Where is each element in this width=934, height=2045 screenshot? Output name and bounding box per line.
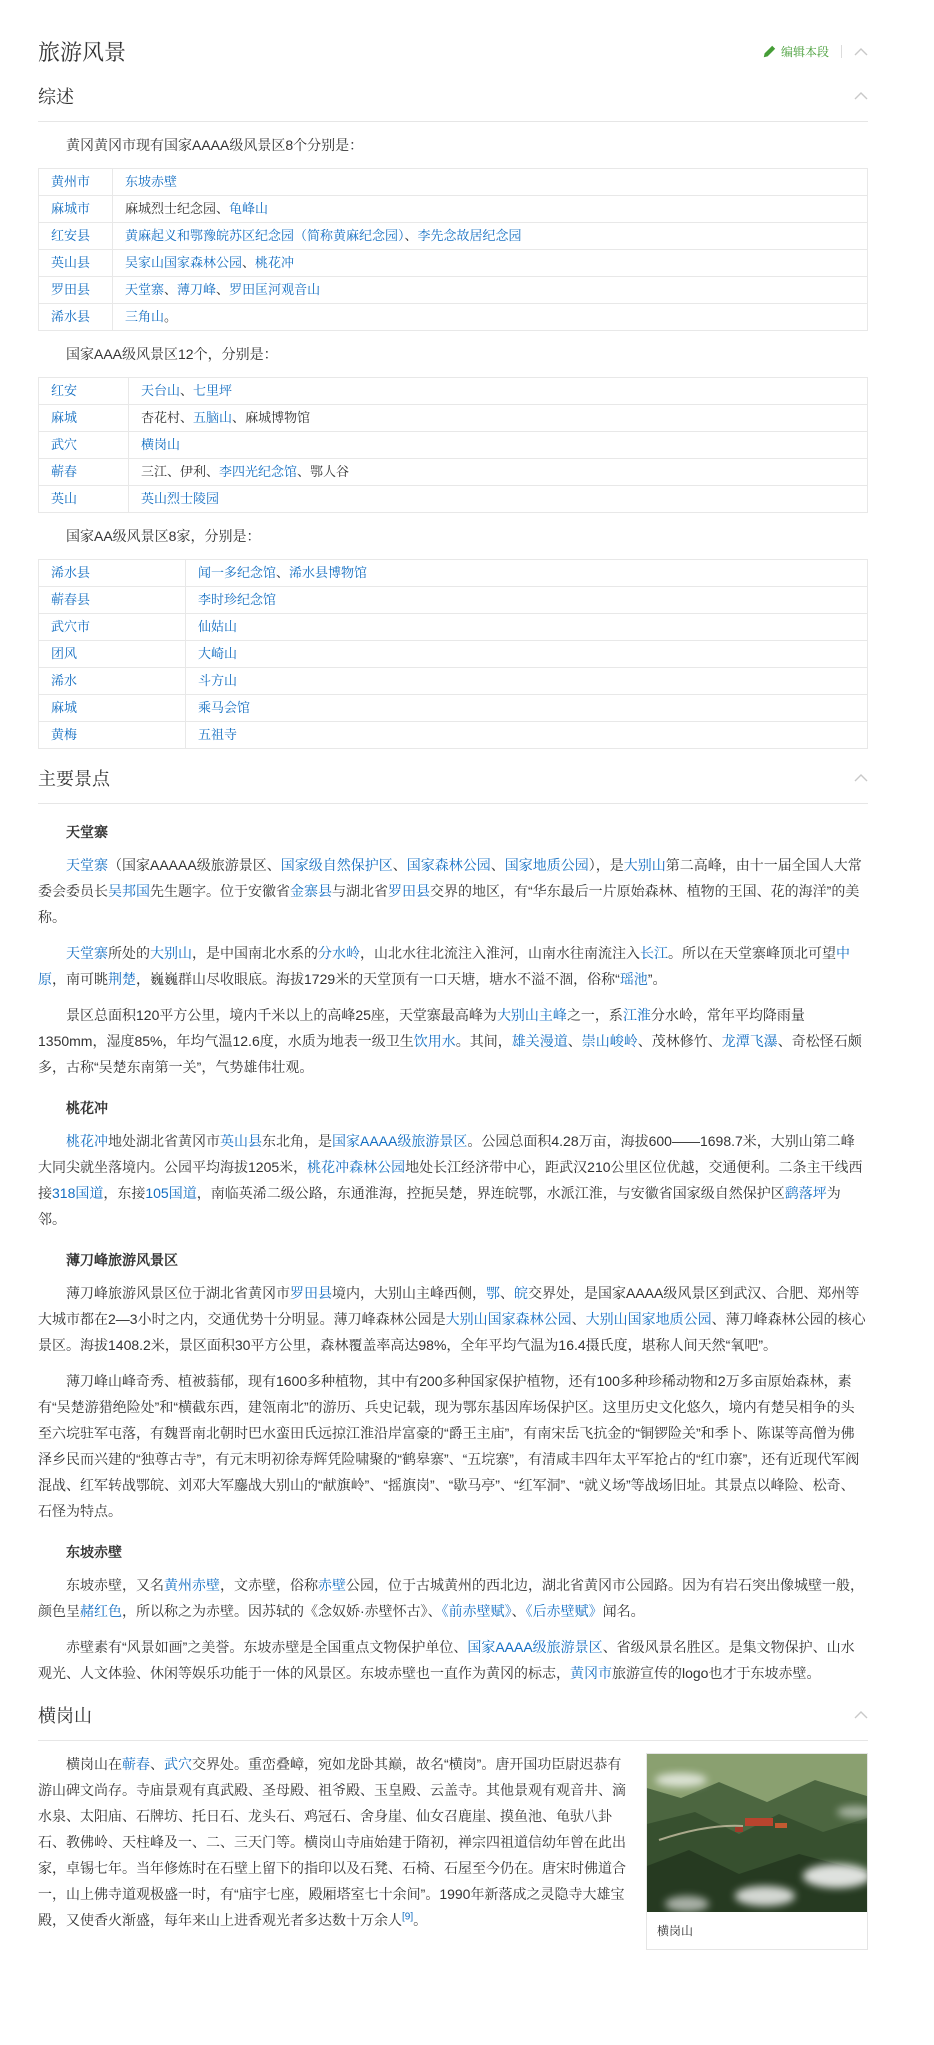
inline-link[interactable]: 英山	[51, 491, 77, 506]
inline-link[interactable]: 李时珍纪念馆	[198, 592, 276, 607]
text-run: 、鄂人谷	[297, 464, 349, 479]
collapse-icon[interactable]	[854, 1711, 868, 1719]
table-row: 黄州市东坡赤壁	[39, 169, 868, 196]
edit-section-button[interactable]: 编辑本段	[763, 43, 829, 60]
text-run: 先生题字。位于安徽省	[150, 883, 290, 899]
text-run: ，山北水往北流注入淮河，山南水往南流注入	[360, 945, 640, 961]
hengangshan-photo[interactable]	[647, 1754, 867, 1912]
inline-link[interactable]: 瑶池	[620, 971, 648, 987]
region-cell: 团风	[39, 641, 186, 668]
inline-link[interactable]: 斗方山	[198, 673, 237, 688]
inline-link[interactable]: [9]	[402, 1911, 413, 1922]
inline-link[interactable]: 赭红色	[80, 1603, 122, 1619]
table-row: 麻城市麻城烈士纪念园、龟峰山	[39, 196, 868, 223]
inline-link[interactable]: 五祖寺	[198, 727, 237, 742]
text-run: 、	[164, 282, 177, 297]
inline-link[interactable]: 英山烈士陵园	[141, 491, 219, 506]
reference-sup: [9]	[402, 1911, 413, 1922]
subsection-heading: 桃花冲	[38, 1098, 868, 1118]
inline-link[interactable]: 仙姑山	[198, 619, 237, 634]
inline-link[interactable]: 国家AAAA级旅游景区	[332, 1133, 467, 1149]
text-run: ，东接	[103, 1185, 145, 1201]
inline-link[interactable]: 红安	[51, 383, 77, 398]
aaaa-scenic-table: 黄州市东坡赤壁麻城市麻城烈士纪念园、龟峰山红安县黄麻起义和鄂豫皖苏区纪念园（简称…	[38, 168, 868, 331]
spots-cell: 仙姑山	[186, 614, 868, 641]
overview-title: 综述	[38, 83, 74, 109]
region-cell: 武穴	[39, 432, 129, 459]
text-run: 、	[276, 565, 289, 580]
text-run: 、	[180, 410, 193, 425]
paragraph: 景区总面积120平方公里，境内千米以上的高峰25座，天堂寨最高峰为大别山主峰之一…	[38, 1002, 868, 1080]
text-run: 麻城博物馆	[245, 410, 310, 425]
text-run: 横岗山在	[66, 1756, 122, 1772]
text-run: ），是	[589, 857, 624, 873]
spots-cell: 麻城烈士纪念园、龟峰山	[113, 196, 868, 223]
text-run: 闻名。	[603, 1603, 645, 1619]
text-run: 麻城烈士纪念园	[125, 201, 216, 216]
text-run: 赤壁素有“风景如画”之美誉。东坡赤壁是全国重点文物保护单位、	[66, 1639, 467, 1655]
inline-link[interactable]: 浠水县	[51, 309, 90, 324]
table-row: 红安天台山、七里坪	[39, 378, 868, 405]
table-row: 英山县吴家山国家森林公园、桃花冲	[39, 250, 868, 277]
text-run: 地处湖北省黄冈市	[108, 1133, 220, 1149]
inline-link[interactable]: 崇山峻岭	[582, 1033, 638, 1049]
inline-link[interactable]: 鄂	[486, 1285, 500, 1301]
inline-link[interactable]: 江淮	[623, 1007, 651, 1023]
inline-link[interactable]: 罗田县	[51, 282, 90, 297]
inline-link[interactable]: 大别山国家森林公园	[446, 1311, 572, 1327]
article-content: 旅游风景 编辑本段 综述 黄冈黄冈市现有国家AAAA级风景区	[38, 0, 868, 1958]
spots-cell: 天台山、七里坪	[129, 378, 868, 405]
inline-link[interactable]: 大别山	[624, 857, 666, 873]
text-run: 、茂林修竹、	[638, 1033, 722, 1049]
inline-link[interactable]: 蕲春县	[51, 592, 90, 607]
region-cell: 麻城市	[39, 196, 113, 223]
text-run: 之一，系	[567, 1007, 623, 1023]
inline-link[interactable]: 黄麻起义和鄂豫皖苏区纪念园（简称黄麻纪念园）	[125, 228, 405, 243]
inline-link[interactable]: 浠水县	[51, 565, 90, 580]
inline-link[interactable]: 皖	[514, 1285, 528, 1301]
spots-cell: 大崎山	[186, 641, 868, 668]
text-run: 、	[491, 857, 505, 873]
inline-link[interactable]: 七里坪	[193, 383, 232, 398]
inline-link[interactable]: 蕲春	[51, 464, 77, 479]
spots-cell: 黄麻起义和鄂豫皖苏区纪念园（简称黄麻纪念园）、李先念故居纪念园	[113, 223, 868, 250]
inline-link[interactable]: 乘马会馆	[198, 700, 250, 715]
page-title: 旅游风景	[38, 36, 126, 67]
paragraph: 薄刀峰山峰奇秀、植被蓊郁，现有1600多种植物，其中有200多种国家保护植物，还…	[38, 1368, 868, 1524]
inline-link[interactable]: 吴家山国家森林公园	[125, 255, 242, 270]
edit-section-label: 编辑本段	[781, 43, 829, 60]
text-run: 。	[164, 309, 177, 324]
inline-link[interactable]: 英山县	[220, 1133, 262, 1149]
inline-link[interactable]: 大别山	[150, 945, 192, 961]
photo-caption: 横岗山	[647, 1912, 867, 1949]
text-run: 与湖北省	[332, 883, 388, 899]
table-row: 红安县黄麻起义和鄂豫皖苏区纪念园（简称黄麻纪念园）、李先念故居纪念园	[39, 223, 868, 250]
text-run: 所处的	[108, 945, 150, 961]
text-run: 、	[150, 1756, 164, 1772]
inline-link[interactable]: 天台山	[141, 383, 180, 398]
table-row: 蕲春县李时珍纪念馆	[39, 587, 868, 614]
text-run: 。其间，	[456, 1033, 512, 1049]
hengangshan-photo-card: 横岗山	[646, 1753, 868, 1950]
inline-link[interactable]: 天堂寨	[66, 857, 108, 873]
inline-link[interactable]: 鹞落坪	[785, 1185, 827, 1201]
table-row: 罗田县天堂寨、薄刀峰、罗田匡河观音山	[39, 277, 868, 304]
region-cell: 武穴市	[39, 614, 186, 641]
spots-cell: 三江、伊利、李四光纪念馆、鄂人谷	[129, 459, 868, 486]
text-run: 。所以在天堂寨峰顶北可望	[668, 945, 836, 961]
region-cell: 英山	[39, 486, 129, 513]
baike-article-page: 旅游风景 编辑本段 综述 黄冈黄冈市现有国家AAAA级风景区	[0, 0, 934, 2045]
region-cell: 麻城	[39, 405, 129, 432]
table-row: 英山英山烈士陵园	[39, 486, 868, 513]
inline-link[interactable]: 武穴	[164, 1756, 192, 1772]
inline-link[interactable]: 薄刀峰	[177, 282, 216, 297]
inline-link[interactable]: 大别山国家地质公园	[586, 1311, 712, 1327]
region-cell: 红安县	[39, 223, 113, 250]
text-run: 境内，大别山主峰西侧，	[332, 1285, 486, 1301]
inline-link[interactable]: 天堂寨	[125, 282, 164, 297]
inline-link[interactable]: 龟峰山	[229, 201, 268, 216]
spots-cell: 东坡赤壁	[113, 169, 868, 196]
text-run: 杏花村	[141, 410, 180, 425]
inline-link[interactable]: 黄州赤壁	[164, 1577, 220, 1593]
table-row: 麻城乘马会馆	[39, 695, 868, 722]
inline-link[interactable]: 《后赤壁赋》	[526, 1603, 603, 1619]
hengangshan-body: 横岗山 横岗山在蕲春、武穴交界处。重峦叠嶂，宛如龙卧其巅，故名“横岗”。唐开国功…	[38, 1741, 868, 1958]
text-run: 、	[242, 255, 255, 270]
inline-link[interactable]: 麻城	[51, 700, 77, 715]
section-header-hengangshan: 横岗山	[38, 1702, 868, 1741]
inline-link[interactable]: 闻一多纪念馆	[198, 565, 276, 580]
subsection-taohuachong: 桃花冲 桃花冲地处湖北省黄冈市英山县东北角，是国家AAAA级旅游景区。公园总面积…	[38, 1098, 868, 1232]
collapse-icon[interactable]	[854, 48, 868, 56]
inline-link[interactable]: 李先念故居纪念园	[418, 228, 522, 243]
inline-link[interactable]: 桃花冲森林公园	[307, 1159, 405, 1175]
inline-link[interactable]: 桃花冲	[255, 255, 294, 270]
inline-link[interactable]: 东坡赤壁	[125, 174, 177, 189]
text-run: 、	[393, 857, 407, 873]
inline-link[interactable]: 团风	[51, 646, 77, 661]
inline-link[interactable]: 龙潭飞瀑	[722, 1033, 778, 1049]
inline-link[interactable]: 国家地质公园	[505, 857, 589, 873]
section-header-overview: 综述	[38, 83, 868, 122]
spots-cell: 天堂寨、薄刀峰、罗田匡河观音山	[113, 277, 868, 304]
region-cell: 英山县	[39, 250, 113, 277]
text-run: ，文赤壁，俗称	[220, 1577, 318, 1593]
inline-link[interactable]: 麻城	[51, 410, 77, 425]
text-run: 薄刀峰旅游风景区位于湖北省黄冈市	[66, 1285, 290, 1301]
region-cell: 浠水县	[39, 304, 113, 331]
table-row: 浠水县闻一多纪念馆、浠水县博物馆	[39, 560, 868, 587]
inline-link[interactable]: 黄冈市	[570, 1665, 612, 1681]
text-run: 、	[512, 1603, 526, 1619]
region-cell: 红安	[39, 378, 129, 405]
paragraph: 天堂寨所处的大别山，是中国南北水系的分水岭，山北水往北流注入淮河，山南水往南流注…	[38, 940, 868, 992]
inline-link[interactable]: 蕲春	[122, 1756, 150, 1772]
inline-link[interactable]: 国家AAAA级旅游景区	[467, 1639, 602, 1655]
text-run: 、	[500, 1285, 514, 1301]
text-run: （国家AAAAA级旅游景区、	[108, 857, 281, 873]
inline-link[interactable]: 罗田匡河观音山	[229, 282, 320, 297]
inline-link[interactable]: 国家森林公园	[407, 857, 491, 873]
inline-link[interactable]: 李四光纪念馆	[219, 464, 297, 479]
region-cell: 罗田县	[39, 277, 113, 304]
text-run: ，南可眺	[52, 971, 108, 987]
paragraph: 薄刀峰旅游风景区位于湖北省黄冈市罗田县境内，大别山主峰西侧，鄂、皖交界处，是国家…	[38, 1280, 868, 1358]
inline-link[interactable]: 罗田县	[388, 883, 430, 899]
text-run: 、	[180, 383, 193, 398]
spots-cell: 英山烈士陵园	[129, 486, 868, 513]
inline-link[interactable]: 浠水县博物馆	[289, 565, 367, 580]
inline-link[interactable]: 五脑山	[193, 410, 232, 425]
intro-aaaa-paragraph: 黄冈黄冈市现有国家AAAA级风景区8个分别是：	[38, 132, 868, 158]
collapse-icon[interactable]	[854, 92, 868, 100]
region-cell: 麻城	[39, 695, 186, 722]
subsection-heading: 东坡赤壁	[38, 1542, 868, 1562]
inline-link[interactable]: 黄州市	[51, 174, 90, 189]
subsection-tiantangzhai: 天堂寨 天堂寨（国家AAAAA级旅游景区、国家级自然保护区、国家森林公园、国家地…	[38, 822, 868, 1080]
paragraph: 东坡赤壁，又名黄州赤壁，文赤壁，俗称赤壁公园，位于古城黄州的西北边，湖北省黄冈市…	[38, 1572, 868, 1624]
table-row: 麻城杏花村、五脑山、麻城博物馆	[39, 405, 868, 432]
region-cell: 蕲春县	[39, 587, 186, 614]
edit-pencil-icon	[763, 45, 776, 58]
inline-link[interactable]: 麻城市	[51, 201, 90, 216]
text-run: 东北角，是	[262, 1133, 332, 1149]
text-run: 、	[232, 410, 245, 425]
inline-link[interactable]: 浠水	[51, 673, 77, 688]
inline-link[interactable]: 105国道	[145, 1185, 196, 1201]
spots-cell: 吴家山国家森林公园、桃花冲	[113, 250, 868, 277]
inline-link[interactable]: 天堂寨	[66, 945, 108, 961]
inline-link[interactable]: 长江	[640, 945, 668, 961]
inline-link[interactable]: 罗田县	[290, 1285, 332, 1301]
text-run: 薄刀峰山峰奇秀、植被蓊郁，现有1600多种植物，其中有200多种国家保护植物，还…	[38, 1373, 859, 1519]
spots-cell: 斗方山	[186, 668, 868, 695]
inline-link[interactable]: 金寨县	[290, 883, 332, 899]
subsection-dongpochibi: 东坡赤壁 东坡赤壁，又名黄州赤壁，文赤壁，俗称赤壁公园，位于古城黄州的西北边，湖…	[38, 1542, 868, 1686]
text-run: 景区总面积120平方公里，境内千米以上的高峰25座，天堂寨最高峰为	[66, 1007, 497, 1023]
hengangshan-title: 横岗山	[38, 1702, 92, 1728]
region-cell: 黄州市	[39, 169, 113, 196]
region-cell: 浠水县	[39, 560, 186, 587]
collapse-icon[interactable]	[854, 774, 868, 782]
text-run: 、	[568, 1033, 582, 1049]
inline-link[interactable]: 武穴市	[51, 619, 90, 634]
inline-link[interactable]: 三角山	[125, 309, 164, 324]
spots-cell: 三角山。	[113, 304, 868, 331]
spots-cell: 五祖寺	[186, 722, 868, 749]
table-row: 蕲春三江、伊利、李四光纪念馆、鄂人谷	[39, 459, 868, 486]
text-run: ”。	[648, 971, 667, 987]
tools-divider	[841, 45, 842, 58]
inline-link[interactable]: 大崎山	[198, 646, 237, 661]
aa-scenic-table: 浠水县闻一多纪念馆、浠水县博物馆蕲春县李时珍纪念馆武穴市仙姑山团风大崎山浠水斗方…	[38, 559, 868, 749]
inline-link[interactable]: 桃花冲	[66, 1133, 108, 1149]
aaa-scenic-table: 红安天台山、七里坪麻城杏花村、五脑山、麻城博物馆武穴横岗山蕲春三江、伊利、李四光…	[38, 377, 868, 513]
inline-link[interactable]: 大别山主峰	[497, 1007, 567, 1023]
inline-link[interactable]: 分水岭	[318, 945, 360, 961]
text-run: 。	[413, 1912, 427, 1928]
spots-cell: 乘马会馆	[186, 695, 868, 722]
inline-link[interactable]: 318国道	[52, 1185, 103, 1201]
table-row: 团风大崎山	[39, 641, 868, 668]
text-run: 、	[572, 1311, 586, 1327]
inline-link[interactable]: 国家级自然保护区	[281, 857, 393, 873]
text-run: 三江、伊利、	[141, 464, 219, 479]
intro-aaa-paragraph: 国家AAA级风景区12个，分别是：	[38, 341, 868, 367]
inline-link[interactable]: 英山县	[51, 255, 90, 270]
inline-link[interactable]: 武穴	[51, 437, 77, 452]
spots-cell: 杏花村、五脑山、麻城博物馆	[129, 405, 868, 432]
table-row: 浠水斗方山	[39, 668, 868, 695]
text-run: ，南临英浠二级公路，东通淮海，控扼吴楚，界连皖鄂，水派江淮，与安徽省国家级自然保…	[197, 1185, 785, 1201]
section-header-main-spots: 主要景点	[38, 765, 868, 804]
paragraph: 赤壁素有“风景如画”之美誉。东坡赤壁是全国重点文物保护单位、国家AAAA级旅游景…	[38, 1634, 868, 1686]
region-cell: 蕲春	[39, 459, 129, 486]
text-run: ，是中国南北水系的	[192, 945, 318, 961]
spots-cell: 闻一多纪念馆、浠水县博物馆	[186, 560, 868, 587]
inline-link[interactable]: 雄关漫道	[512, 1033, 568, 1049]
paragraph: 桃花冲地处湖北省黄冈市英山县东北角，是国家AAAA级旅游景区。公园总面积4.28…	[38, 1128, 868, 1232]
text-run: ，巍巍群山尽收眼底。海拔1729米的天堂顶有一口天塘，塘水不溢不涸，俗称“	[136, 971, 620, 987]
inline-link[interactable]: 黄梅	[51, 727, 77, 742]
spots-cell: 横岗山	[129, 432, 868, 459]
subsection-heading: 薄刀峰旅游风景区	[38, 1250, 868, 1270]
inline-link[interactable]: 横岗山	[141, 437, 180, 452]
intro-aa-paragraph: 国家AA级风景区8家，分别是：	[38, 523, 868, 549]
text-run: 、	[216, 201, 229, 216]
subsection-baodaofeng: 薄刀峰旅游风景区 薄刀峰旅游风景区位于湖北省黄冈市罗田县境内，大别山主峰西侧，鄂…	[38, 1250, 868, 1524]
inline-link[interactable]: 饮用水	[414, 1033, 456, 1049]
main-spots-title: 主要景点	[38, 765, 110, 791]
inline-link[interactable]: 《前赤壁赋》	[442, 1603, 512, 1619]
inline-link[interactable]: 赤壁	[318, 1577, 346, 1593]
inline-link[interactable]: 红安县	[51, 228, 90, 243]
text-run: 旅游宣传的logo也才于东坡赤壁。	[612, 1665, 820, 1681]
table-row: 浠水县三角山。	[39, 304, 868, 331]
section-header-travel: 旅游风景 编辑本段	[38, 0, 868, 67]
subsection-heading: 天堂寨	[38, 822, 868, 842]
region-cell: 黄梅	[39, 722, 186, 749]
table-row: 黄梅五祖寺	[39, 722, 868, 749]
paragraph: 天堂寨（国家AAAAA级旅游景区、国家级自然保护区、国家森林公园、国家地质公园）…	[38, 852, 868, 930]
text-run: 东坡赤壁，又名	[66, 1577, 164, 1593]
region-cell: 浠水	[39, 668, 186, 695]
spots-cell: 李时珍纪念馆	[186, 587, 868, 614]
text-run: 交界处。重峦叠嶂，宛如龙卧其巅，故名“横岗”。唐开国功臣尉迟恭有游山碑文尚存。寺…	[38, 1756, 626, 1928]
text-run: 、	[405, 228, 418, 243]
inline-link[interactable]: 吴邦国	[108, 883, 150, 899]
table-row: 武穴市仙姑山	[39, 614, 868, 641]
header-tools: 编辑本段	[763, 43, 868, 60]
inline-link[interactable]: 荆楚	[108, 971, 136, 987]
text-run: 、	[216, 282, 229, 297]
table-row: 武穴横岗山	[39, 432, 868, 459]
text-run: ，所以称之为赤壁。因苏轼的《念奴娇·赤壁怀古》、	[122, 1603, 442, 1619]
